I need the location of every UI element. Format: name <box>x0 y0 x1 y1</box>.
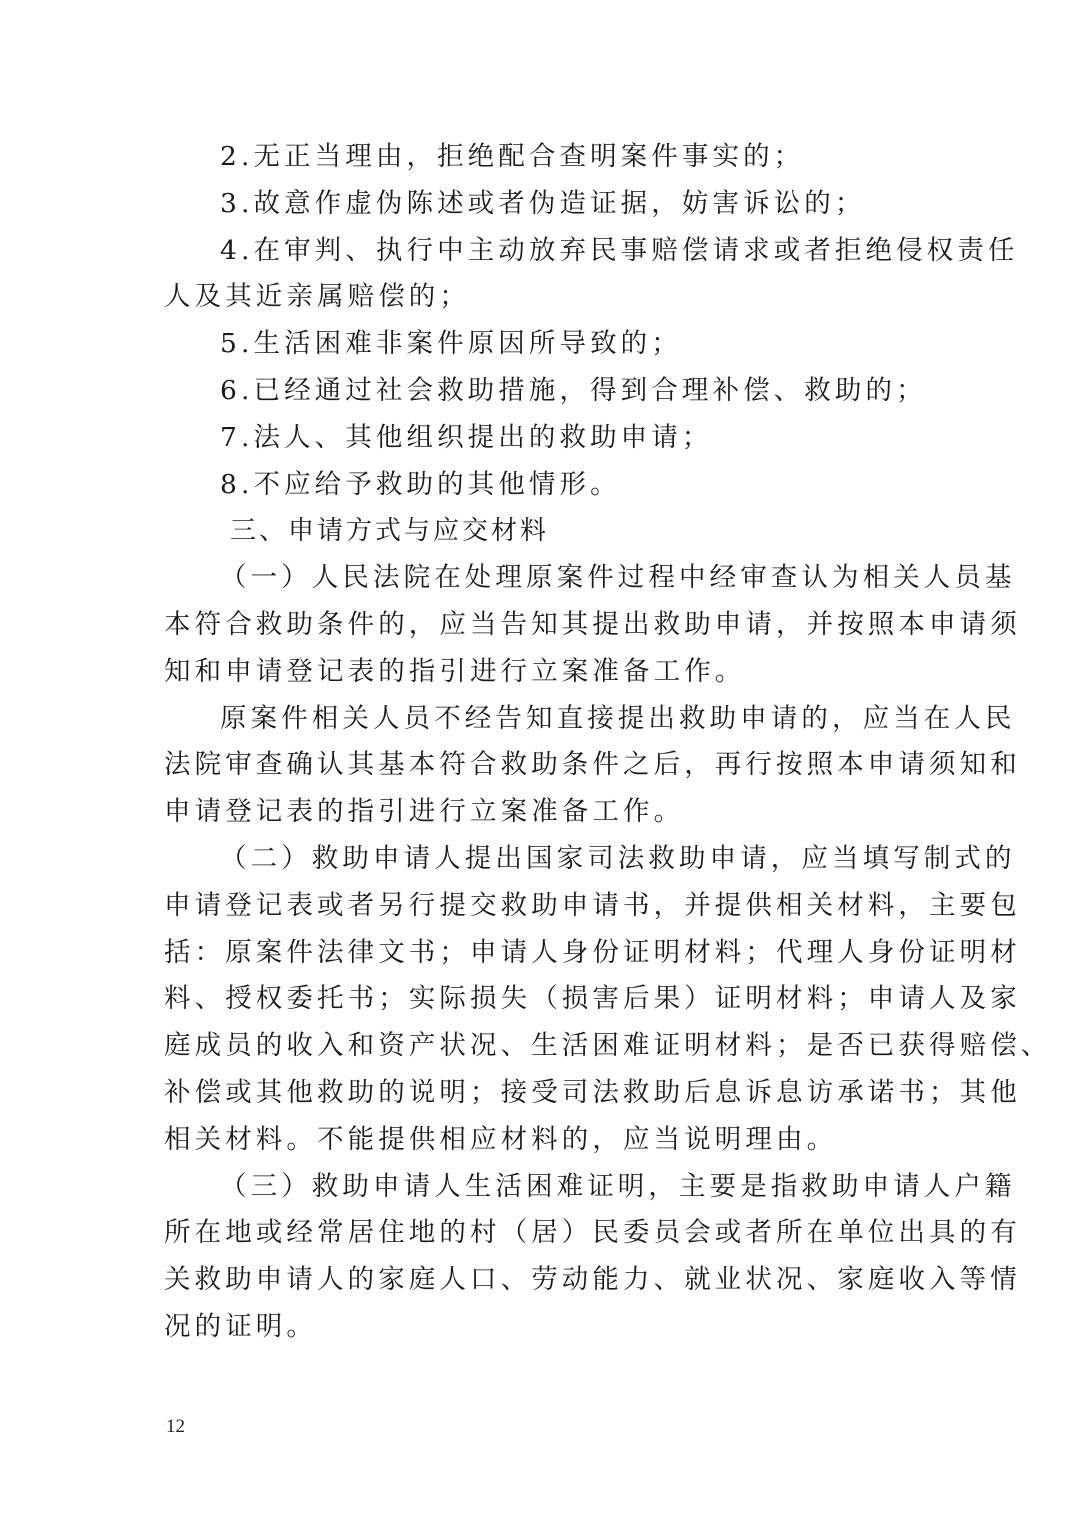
paragraph-line: 申请登记表或者另行提交救助申请书，并提供相关材料，主要包 <box>164 883 920 930</box>
list-item-2: 2.无正当理由，拒绝配合查明案件事实的； <box>164 134 920 181</box>
paragraph-line: 况的证明。 <box>164 1304 920 1351</box>
paragraph-line: 相关材料。不能提供相应材料的，应当说明理由。 <box>164 1117 920 1164</box>
paragraph-line: 法院审查确认其基本符合救助条件之后，再行按照本申请须知和 <box>164 742 920 789</box>
list-item-4-continued: 人及其近亲属赔偿的； <box>164 274 920 321</box>
paragraph-line: 本符合救助条件的，应当告知其提出救助申请，并按照本申请须 <box>164 602 920 649</box>
list-item-7: 7.法人、其他组织提出的救助申请； <box>164 415 920 462</box>
section-heading: 三、申请方式与应交材料 <box>164 508 920 555</box>
paragraph-line: （三）救助申请人生活困难证明，主要是指救助申请人户籍 <box>164 1164 920 1211</box>
paragraph-line: 原案件相关人员不经告知直接提出救助申请的，应当在人民 <box>164 696 920 743</box>
list-item-4: 4.在审判、执行中主动放弃民事赔偿请求或者拒绝侵权责任 <box>164 228 920 275</box>
paragraph-line: 括：原案件法律文书；申请人身份证明材料；代理人身份证明材 <box>164 930 920 977</box>
paragraph-line: （一）人民法院在处理原案件过程中经审查认为相关人员基 <box>164 555 920 602</box>
page-number: 12 <box>166 1416 185 1438</box>
paragraph-line: 申请登记表的指引进行立案准备工作。 <box>164 789 920 836</box>
document-body: 2.无正当理由，拒绝配合查明案件事实的； 3.故意作虚伪陈述或者伪造证据，妨害诉… <box>164 134 920 1351</box>
paragraph-line: 知和申请登记表的指引进行立案准备工作。 <box>164 649 920 696</box>
paragraph-line: 关救助申请人的家庭人口、劳动能力、就业状况、家庭收入等情 <box>164 1257 920 1304</box>
paragraph-line: （二）救助申请人提出国家司法救助申请，应当填写制式的 <box>164 836 920 883</box>
paragraph-line: 所在地或经常居住地的村（居）民委员会或者所在单位出具的有 <box>164 1210 920 1257</box>
paragraph-2: 原案件相关人员不经告知直接提出救助申请的，应当在人民 法院审查确认其基本符合救助… <box>164 696 920 836</box>
paragraph-3: （二）救助申请人提出国家司法救助申请，应当填写制式的 申请登记表或者另行提交救助… <box>164 836 920 1164</box>
paragraph-1: （一）人民法院在处理原案件过程中经审查认为相关人员基 本符合救助条件的，应当告知… <box>164 555 920 695</box>
document-page: 2.无正当理由，拒绝配合查明案件事实的； 3.故意作虚伪陈述或者伪造证据，妨害诉… <box>0 0 1080 1527</box>
paragraph-4: （三）救助申请人生活困难证明，主要是指救助申请人户籍 所在地或经常居住地的村（居… <box>164 1164 920 1351</box>
list-item-8: 8.不应给予救助的其他情形。 <box>164 462 920 509</box>
paragraph-line: 庭成员的收入和资产状况、生活困难证明材料；是否已获得赔偿、 <box>164 1023 920 1070</box>
paragraph-line: 料、授权委托书；实际损失（损害后果）证明材料；申请人及家 <box>164 976 920 1023</box>
list-item-5: 5.生活困难非案件原因所导致的； <box>164 321 920 368</box>
list-item-6: 6.已经通过社会救助措施，得到合理补偿、救助的； <box>164 368 920 415</box>
list-item-3: 3.故意作虚伪陈述或者伪造证据，妨害诉讼的； <box>164 181 920 228</box>
paragraph-line: 补偿或其他救助的说明；接受司法救助后息诉息访承诺书；其他 <box>164 1070 920 1117</box>
